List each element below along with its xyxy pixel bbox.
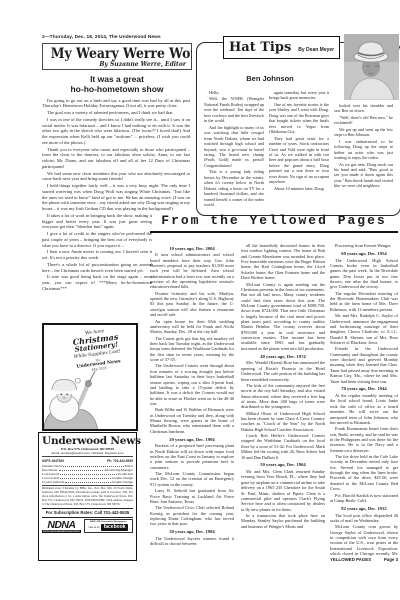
facebook-org-label: BHG's ND Community Newspapers — [87, 521, 130, 523]
paragraph: The Comet girls got that big red monkey … — [150, 336, 234, 363]
paragraph: If area school administrators and school… — [150, 252, 234, 290]
column-headline: It was a great ho-ho-hometown show — [42, 75, 192, 95]
paragraph: The Underwood Comets went through about … — [150, 363, 234, 406]
paragraph: "Well, there's old Ben now," he exclaime… — [334, 115, 393, 126]
paragraph: Mr. and Mrs. Clem Clark returned Sunday … — [241, 469, 325, 512]
paragraph: The kids of the community enjoyed the fr… — [241, 383, 325, 410]
masthead-contact: Email: unnews@westriv.com • Website: bhg… — [42, 451, 133, 457]
paragraph: There's a whole lot of procrastination g… — [42, 262, 152, 274]
masthead-box: Underwood News P.O. Box 575, Underwood, … — [38, 432, 137, 561]
paragraph: I was embarrassed to be following Doug u… — [334, 139, 393, 161]
paragraph: all the beautifully decorated homes in t… — [241, 243, 325, 281]
paragraph: The goal was a variety of talented perfo… — [42, 110, 190, 116]
era-heading: 60 years ago, Dec. 1954 — [330, 251, 398, 257]
paragraph: I hear a new Annie movie is coming out. … — [42, 249, 152, 261]
paragraph: This is a young lady riding horses by De… — [204, 169, 264, 207]
staff-list: Suzanne WerreEditor Dea WinterAdvertisin… — [42, 464, 133, 484]
paragraph: Frank Eisenmanns heard from their son, B… — [330, 426, 398, 453]
weary-werre-masthead: My Weary Werre World By Suzanne Werre, E… — [42, 43, 192, 70]
folio-line: 2—Thursday, Dec. 18, 2014, The Underwood… — [42, 35, 161, 40]
yellowed-pages-col-2: all the beautifully decorated homes in t… — [241, 243, 325, 556]
hat-tips-col-3: looked over his shoulder and saw Ben sit… — [334, 103, 393, 208]
staff-row: Crystal AlbrechtGraphic Design — [42, 480, 133, 484]
paragraph: An open house for their 65th wedding ann… — [150, 319, 234, 335]
dotted-leader — [60, 474, 117, 475]
paragraph: Hello, — [204, 90, 264, 95]
dotted-leader — [60, 478, 111, 479]
hat-tips-col-2: again someday, but every year it brings … — [269, 90, 329, 208]
era-heading: 40 years ago, Dec. 1974 — [241, 354, 325, 360]
paragraph: The McLean County Commission began work … — [150, 471, 234, 487]
facebook-promo-box: BHG's ND Community Newspapers Like us on… — [84, 519, 133, 533]
paragraph: Mr. and Mrs. Rudolph C. Saylor of Underw… — [330, 313, 398, 345]
era-heading: 70 years ago, Dec. 1944 — [330, 386, 398, 392]
column-title: My Weary Werre World — [51, 46, 183, 62]
ndna-logo-text: NDNA — [42, 520, 81, 531]
staff-role: Graphic Design — [112, 480, 133, 484]
facebook-logo: facebook — [101, 524, 128, 531]
dotted-leader — [65, 482, 110, 483]
masthead-phone: Ph: 701-442-5535 — [107, 459, 133, 463]
paragraph: We had some new choir members this year … — [42, 171, 190, 183]
continuation-label: YELLOWED PAGES — [330, 557, 371, 562]
paragraph: And the highlight to many of us was watc… — [204, 125, 264, 169]
paragraph: Mrs. Wendel (Karen) Bose has announced t… — [241, 360, 325, 381]
newspaper-page: 2—Thursday, Dec. 18, 2014, The Underwood… — [0, 0, 400, 600]
paragraph: Barb Wilke and Vi Walther of Bismarck we… — [150, 407, 234, 434]
yellowed-pages-col-3: Processing from Kermit Wenger.60 years a… — [330, 243, 398, 556]
era-heading: 20 years ago, Dec. 1994 — [150, 437, 234, 443]
paragraph: I was in one of the comedy sketches so I… — [42, 117, 190, 146]
yellowed-pages-title: From the Yellowed Pages — [150, 213, 398, 233]
paragraph: Backers of a proposed beef processing pl… — [150, 443, 234, 470]
paragraph: Thank you to everyone who came, and espe… — [42, 147, 190, 170]
continuation-page: Page 3 — [384, 557, 398, 562]
cowboy-portrait-illustration — [344, 34, 399, 100]
paragraph: McLean County corn grown by George Saylo… — [330, 524, 398, 556]
stationery-ad: We have Christmas Stationery! While Supp… — [42, 323, 138, 431]
santa-illustration — [42, 369, 100, 431]
paragraph: looked over his shoulder and saw Ben sit… — [334, 103, 393, 114]
era-heading: 50 years ago, Dec. 1964 — [241, 462, 325, 468]
hat-tips-title: Hat Tips — [229, 40, 291, 55]
paragraph: Pvt. Harold Stadick is now stationed at … — [330, 493, 398, 504]
usps-number: USPS #647540 — [42, 459, 64, 463]
paragraph: again someday, but every year it brings … — [269, 90, 329, 101]
hat-tips-byline: By Dean Meyer — [298, 47, 334, 53]
subscription-rates-line: For Subscription Rates: Call 701-442-553… — [42, 508, 133, 518]
paragraph: The Underwood Civic Club selected Roland… — [150, 505, 234, 526]
paragraph: I held things together fairly well – it … — [42, 183, 190, 212]
ndna-logo: NDNA NORTH DAKOTA NEWSPAPER ASSOCIATION — [42, 520, 81, 533]
paragraph: In a transaction that took place here on… — [241, 513, 325, 529]
paragraph: The local post office dispatched 26 sack… — [330, 513, 398, 524]
column-byline: By Suzanne Werre, Editor — [45, 61, 189, 68]
ndna-logo-caption: NORTH DAKOTA NEWSPAPER ASSOCIATION — [42, 530, 81, 533]
paragraph: The fox drive held in the Cole Lake vici… — [330, 454, 398, 492]
cowboy-portrait-photo — [344, 34, 399, 100]
paragraph: It sure was good being back on the stage… — [42, 274, 152, 291]
dotted-leader — [59, 470, 104, 471]
paragraph: The Underwood Jaycees winners found it d… — [150, 536, 234, 547]
paragraph: I'm going to go out on a limb and say a … — [42, 98, 190, 110]
paragraph: They had great seats for a number of yea… — [269, 136, 329, 185]
facebook-like-row: Like us on facebook — [87, 524, 130, 531]
facebook-like-label: Like us on — [89, 526, 100, 529]
masthead-name: Underwood News — [42, 435, 133, 447]
paragraph: Friends in the Underwood Community and t… — [330, 346, 398, 384]
paragraph: The regular December meeting of the Rive… — [330, 291, 398, 312]
paragraph: Coach Bob Hefler's Underwood Comets stop… — [241, 433, 325, 460]
yellowed-pages-col-1: 10 years ago, Dec. 2004If area school ad… — [150, 243, 234, 556]
era-heading: 82 years ago, Dec. 1932 — [330, 506, 398, 512]
paragraph: Millard Olson of Underwood High School h… — [241, 411, 325, 432]
dotted-leader — [63, 466, 123, 467]
paragraph: The Underwood High School Comets broke e… — [330, 258, 398, 290]
headline-line-2: ho-ho-hometown show — [42, 85, 192, 95]
masthead-usps-phone-row: USPS #647540 Ph: 701-442-5535 — [42, 459, 133, 463]
era-heading: 30 years ago, Dec. 1984 — [150, 529, 234, 535]
paragraph: Well, the WNFR (Wrangler National Finals… — [204, 96, 264, 123]
paragraph: One of my favorite stories is the year S… — [269, 102, 329, 135]
column-body-wide: I'm going to go out on a limb and say a … — [42, 98, 190, 212]
paragraph: We got up and went up the few steps to B… — [334, 127, 393, 138]
paragraph: McLean County is again sending out the C… — [241, 282, 325, 352]
hat-tips-box: Hat Tips By Dean Meyer Ben Johnson Hello… — [196, 42, 400, 216]
hat-tips-title-box: Hat Tips By Dean Meyer — [223, 36, 340, 59]
hat-tips-subhead: Ben Johnson — [205, 74, 335, 83]
paragraph: As we got near, Doug stuck out his hand … — [334, 162, 393, 189]
paragraph: At the regular monthly meeting of the lo… — [330, 393, 398, 425]
paragraph: Processing from Kermit Wenger. — [330, 243, 398, 248]
paragraph: Dwaine Grimsley and his wife, Marilyn, o… — [150, 291, 234, 318]
hat-tips-col-1: Hello,Well, the WNFR (Wrangler National … — [204, 90, 264, 208]
paragraph: Larry R. Seibold has graduated from Air … — [150, 488, 234, 504]
masthead-fine-print: Published every Thursday by BHG, Inc., P… — [42, 485, 133, 506]
column-body-narrow: It takes a lot of work in bringing back … — [42, 213, 152, 292]
staff-name: Crystal Albrecht — [42, 480, 64, 484]
continuation-marker: YELLOWED PAGES Page 3 — [330, 557, 398, 562]
paragraph: About 10 minutes later, Doug — [269, 186, 329, 191]
masthead-logos-row: NDNA NORTH DAKOTA NEWSPAPER ASSOCIATION … — [42, 519, 133, 533]
paragraph: I give a lot of credit to the singers wh… — [42, 231, 152, 248]
paragraph: It takes a lot of work in bringing back … — [42, 213, 152, 230]
era-heading: 10 years ago, Dec. 2004 — [150, 246, 234, 252]
